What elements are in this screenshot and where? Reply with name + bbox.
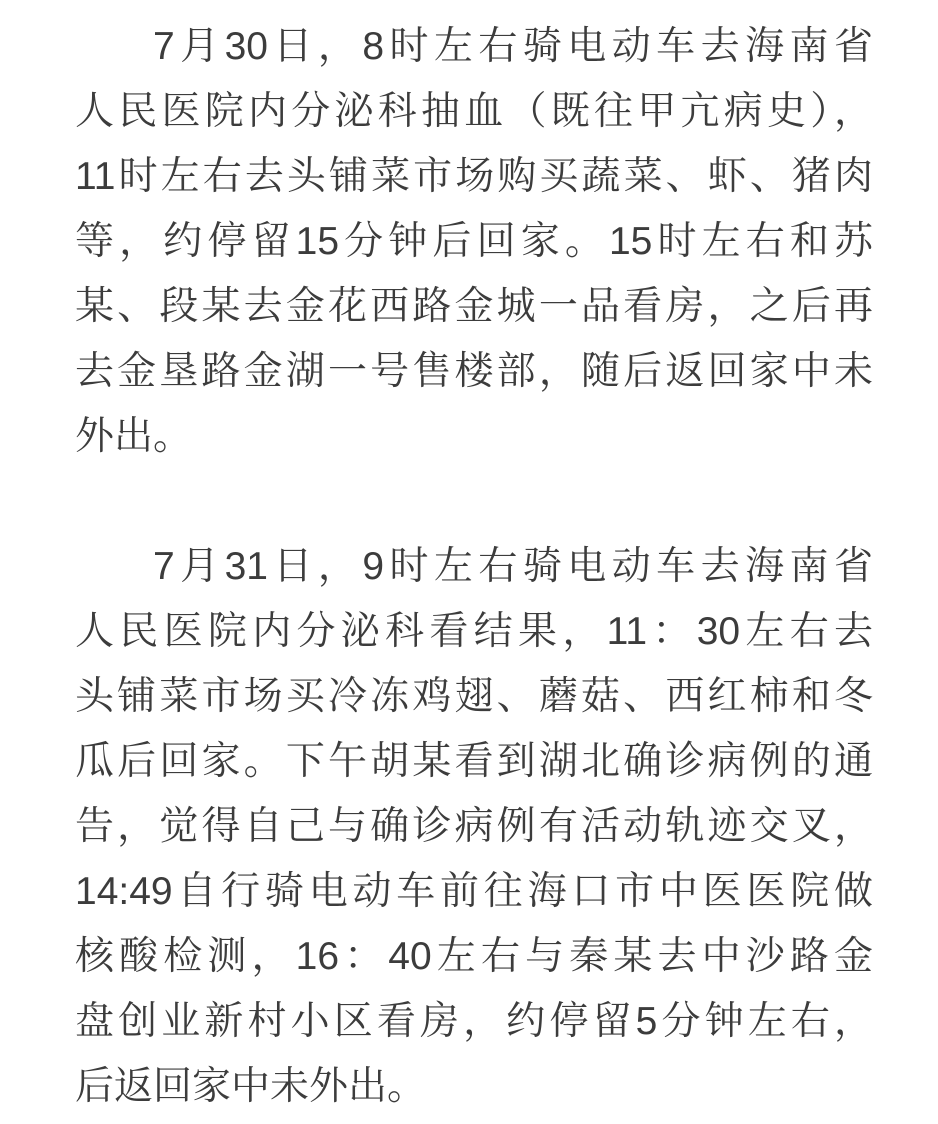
text-line: 11时左右去头铺菜市场购买蔬菜、虾、猪肉 — [75, 144, 873, 209]
text-line: 后返回家中未外出。 — [75, 1054, 873, 1119]
article-body: 7月30日，8时左右骑电动车去海南省 人民医院内分泌科抽血（既往甲亢病史）， 1… — [0, 0, 938, 1119]
text-line: 瓜后回家。下午胡某看到湖北确诊病例的通 — [75, 729, 873, 794]
paragraph-july-31: 7月31日，9时左右骑电动车去海南省 人民医院内分泌科看结果，11：30左右去 … — [75, 534, 873, 1119]
text-line: 某、段某去金花西路金城一品看房，之后再 — [75, 274, 873, 339]
text-line: 14:49自行骑电动车前往海口市中医医院做 — [75, 859, 873, 924]
text-line: 核酸检测，16：40左右与秦某去中沙路金 — [75, 924, 873, 989]
text-line: 7月30日，8时左右骑电动车去海南省 — [75, 14, 873, 79]
article-page: 7月30日，8时左右骑电动车去海南省 人民医院内分泌科抽血（既往甲亢病史）， 1… — [0, 0, 938, 1124]
text-line: 外出。 — [75, 404, 873, 469]
text-line: 等，约停留15分钟后回家。15时左右和苏 — [75, 209, 873, 274]
text-line: 盘创业新村小区看房，约停留5分钟左右， — [75, 989, 873, 1054]
text-line: 去金垦路金湖一号售楼部，随后返回家中未 — [75, 339, 873, 404]
text-line: 头铺菜市场买冷冻鸡翅、蘑菇、西红柿和冬 — [75, 664, 873, 729]
paragraph-july-30: 7月30日，8时左右骑电动车去海南省 人民医院内分泌科抽血（既往甲亢病史）， 1… — [75, 14, 873, 469]
text-line: 告，觉得自己与确诊病例有活动轨迹交叉， — [75, 794, 873, 859]
text-line: 7月31日，9时左右骑电动车去海南省 — [75, 534, 873, 599]
text-line: 人民医院内分泌科看结果，11：30左右去 — [75, 599, 873, 664]
text-line: 人民医院内分泌科抽血（既往甲亢病史）， — [75, 79, 873, 144]
